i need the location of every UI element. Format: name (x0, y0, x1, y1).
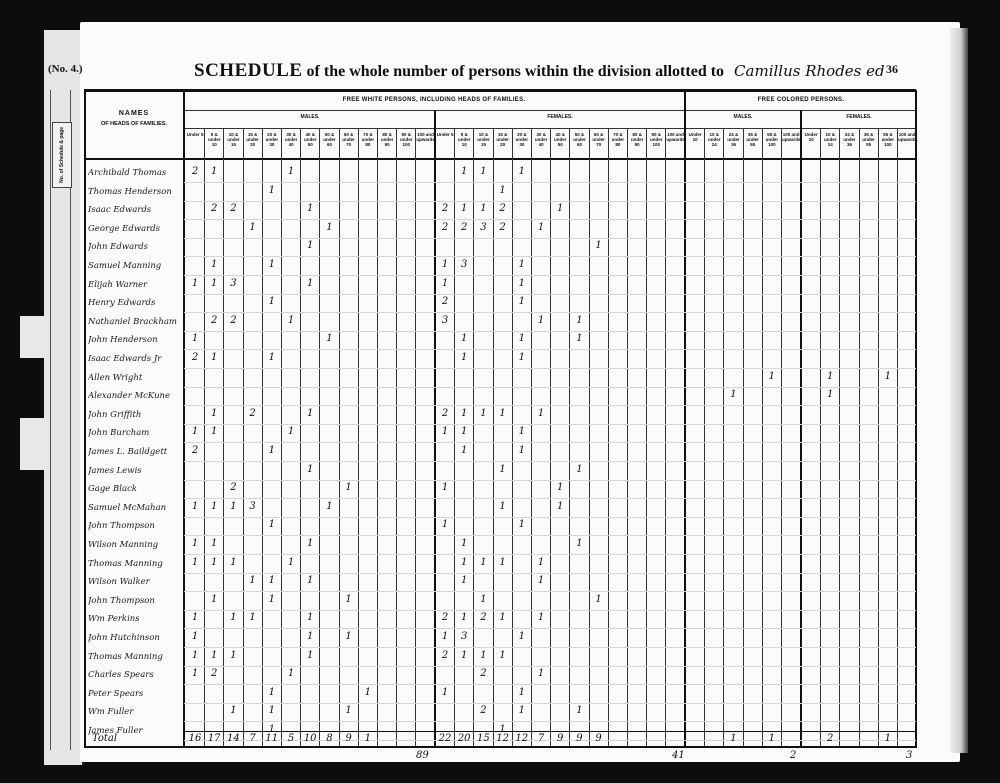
white-male-count: 1 (282, 315, 300, 326)
white-female-count: 1 (551, 203, 569, 214)
white-female-count: 1 (513, 166, 531, 177)
row-rule (184, 647, 916, 648)
column-rule (550, 128, 551, 746)
white-female-count: 1 (494, 185, 512, 196)
white-male-count: 1 (320, 333, 338, 344)
row-rule (184, 703, 916, 704)
header-rule (84, 158, 916, 160)
total-white-male: 1 (359, 733, 377, 744)
white-male-count: 1 (224, 501, 242, 512)
white-female-count: 1 (474, 408, 492, 419)
row-rule (184, 480, 916, 481)
column-rule (839, 128, 840, 746)
colored-male-age-header: 100 and upwards. (782, 129, 800, 157)
white-female-count: 1 (590, 240, 608, 251)
colored-male-age-header: 10 & under 24 (705, 129, 723, 157)
column-rule (820, 128, 821, 746)
white-male-age-header: 10 & under 15 (224, 129, 242, 157)
total-white-female: 7 (532, 733, 550, 744)
white-female-count: 1 (455, 650, 473, 661)
white-male-count: 1 (186, 612, 204, 623)
white-male-count: 2 (186, 166, 204, 177)
total-white-male: 9 (340, 733, 358, 744)
head-of-family-name: Wilson Manning (88, 540, 182, 550)
white-female-count: 1 (474, 203, 492, 214)
white-male-count: 1 (244, 575, 262, 586)
free-white-header: FREE WHITE PERSONS, INCLUDING HEADS OF F… (186, 97, 682, 103)
colored-female-age-header: 10 & under 24 (821, 129, 839, 157)
row-rule (184, 238, 916, 239)
total-white-female: 9 (570, 733, 588, 744)
head-of-family-name: Allen Wright (88, 373, 182, 383)
row-rule (184, 368, 916, 369)
white-male-age-header: 80 & under 90 (378, 129, 396, 157)
white-male-count: 1 (244, 222, 262, 233)
row-rule (184, 628, 916, 629)
row-rule (184, 461, 916, 462)
white-male-count: 1 (301, 650, 319, 661)
white-male-count: 3 (244, 501, 262, 512)
white-male-count: 2 (205, 668, 223, 679)
side-header-text: No. of Schedule & page (59, 127, 65, 183)
white-female-count: 1 (570, 705, 588, 716)
column-rule (608, 128, 609, 746)
white-female-count: 1 (494, 464, 512, 475)
white-male-count: 1 (282, 426, 300, 437)
white-male-count: 1 (263, 259, 281, 270)
white-female-count: 1 (532, 612, 550, 623)
white-male-count: 1 (263, 296, 281, 307)
head-of-family-name: Archibald Thomas (88, 168, 182, 178)
white-male-count: 1 (205, 408, 223, 419)
head-of-family-name: Samuel McMahan (88, 503, 182, 513)
white-female-count: 1 (532, 408, 550, 419)
division-name: Camillus Rhodes ed (734, 62, 885, 80)
white-male-count: 2 (224, 315, 242, 326)
head-of-family-name: James L. Baildgett (88, 447, 182, 457)
white-male-count: 1 (224, 557, 242, 568)
strip-rule (50, 90, 51, 750)
column-rule (358, 128, 359, 746)
page-title: SCHEDULE of the whole number of persons … (194, 60, 885, 82)
white-female-count: 2 (436, 612, 454, 623)
white-male-count: 1 (263, 445, 281, 456)
white-male-count: 1 (263, 687, 281, 698)
white-female-count: 2 (436, 296, 454, 307)
total-white-female: 12 (513, 733, 531, 744)
white-female-count: 1 (455, 333, 473, 344)
white-female-age-header: 80 & under 90 (628, 129, 646, 157)
head-of-family-name: Peter Spears (88, 689, 182, 699)
colored-males-header: MALES. (686, 114, 800, 120)
total-white-female: 15 (474, 733, 492, 744)
total-row-rule (184, 731, 916, 732)
row-rule (184, 684, 916, 685)
white-male-count: 1 (186, 426, 204, 437)
column-rule (665, 128, 666, 746)
white-female-age-header: 5 & under 10 (455, 129, 473, 157)
white-female-count: 1 (532, 557, 550, 568)
white-male-age-header: 15 & under 20 (244, 129, 262, 157)
white-female-count: 2 (436, 408, 454, 419)
binding-strip: No. of Schedule & page (44, 30, 85, 765)
white-male-count: 1 (263, 519, 281, 530)
white-female-age-header: 40 & under 50 (551, 129, 569, 157)
total-white-female: 22 (436, 733, 454, 744)
white-female-count: 1 (436, 482, 454, 493)
white-female-count: 1 (455, 538, 473, 549)
white-male-count: 1 (205, 426, 223, 437)
white-male-count: 1 (205, 557, 223, 568)
head-of-family-name: Thomas Henderson (88, 187, 182, 197)
white-female-count: 1 (513, 445, 531, 456)
head-of-family-name: Thomas Manning (88, 652, 182, 662)
total-white-male: 10 (301, 733, 319, 744)
head-of-family-name: Samuel Manning (88, 261, 182, 271)
head-of-family-name: Wilson Walker (88, 577, 182, 587)
column-rule (627, 128, 628, 746)
white-female-count: 2 (436, 203, 454, 214)
column-rule (646, 128, 647, 746)
names-column-border (183, 90, 185, 748)
head-of-family-name: John Griffith (88, 410, 182, 420)
column-rule (531, 128, 532, 746)
row-rule (184, 349, 916, 350)
column-rule (569, 128, 570, 746)
column-rule (878, 128, 879, 746)
white-female-count: 1 (474, 594, 492, 605)
row-rule (184, 517, 916, 518)
head-of-family-name: Thomas Manning (88, 559, 182, 569)
page-notch (20, 418, 46, 470)
head-of-family-name: John Burcham (88, 428, 182, 438)
white-male-count: 1 (340, 705, 358, 716)
white-male-count: 1 (263, 185, 281, 196)
white-male-count: 1 (186, 631, 204, 642)
white-females-header: FEMALES. (436, 114, 684, 120)
white-male-count: 1 (244, 612, 262, 623)
colored-female-count: 1 (821, 371, 839, 382)
white-female-age-header: 70 & under 80 (609, 129, 627, 157)
total-white-male: 16 (186, 733, 204, 744)
white-female-count: 1 (513, 352, 531, 363)
white-female-count: 3 (436, 315, 454, 326)
row-rule (184, 424, 916, 425)
white-female-count: 1 (474, 166, 492, 177)
white-female-count: 2 (455, 222, 473, 233)
row-rule (184, 498, 916, 499)
title-rest: of the whole number of persons within th… (307, 63, 725, 80)
white-female-count: 1 (513, 705, 531, 716)
white-male-age-header: Under 5 (186, 129, 204, 157)
white-female-count: 3 (455, 259, 473, 270)
colored-female-sum: 3 (906, 750, 912, 761)
white-male-count: 1 (301, 538, 319, 549)
white-female-count: 1 (532, 315, 550, 326)
colored-female-age-header: 36 & under 55 (860, 129, 878, 157)
white-female-count: 1 (532, 668, 550, 679)
white-female-count: 1 (494, 408, 512, 419)
schedule-index-header: No. of Schedule & page (52, 122, 72, 188)
white-female-count: 1 (494, 557, 512, 568)
white-male-count: 2 (224, 203, 242, 214)
white-male-count: 1 (186, 278, 204, 289)
white-female-count: 1 (455, 203, 473, 214)
colored-male-sum: 2 (790, 750, 796, 761)
white-female-count: 1 (455, 166, 473, 177)
white-male-count: 1 (186, 557, 204, 568)
white-female-age-header: 10 & under 15 (474, 129, 492, 157)
white-female-count: 1 (436, 259, 454, 270)
column-rule (704, 128, 705, 746)
colored-female-age-header: Under 10 (802, 129, 820, 157)
column-rule (723, 128, 724, 746)
page-edge (950, 28, 968, 753)
head-of-family-name: Charles Spears (88, 670, 182, 680)
total-white-female: 12 (494, 733, 512, 744)
total-white-female: 9 (590, 733, 608, 744)
white-female-age-header: 100 and upwards. (666, 129, 684, 157)
strip-rule (70, 90, 71, 750)
row-rule (184, 666, 916, 667)
white-male-count: 1 (301, 408, 319, 419)
white-male-count: 1 (186, 333, 204, 344)
white-female-count: 1 (436, 519, 454, 530)
white-female-count: 1 (513, 631, 531, 642)
white-male-age-header: 5 & under 10 (205, 129, 223, 157)
white-male-count: 1 (282, 557, 300, 568)
white-male-count: 1 (263, 594, 281, 605)
total-white-female: 20 (455, 733, 473, 744)
white-female-count: 1 (513, 426, 531, 437)
table-border (84, 90, 86, 748)
colored-male-age-header: 24 & under 36 (724, 129, 742, 157)
column-rule (262, 128, 263, 746)
head-of-family-name: John Henderson (88, 335, 182, 345)
colored-female-count: 1 (821, 389, 839, 400)
white-male-count: 1 (263, 575, 281, 586)
head-of-family-name: John Thompson (88, 596, 182, 606)
white-male-count: 1 (320, 222, 338, 233)
row-rule (184, 573, 916, 574)
white-female-count: 2 (474, 612, 492, 623)
white-male-count: 1 (359, 687, 377, 698)
white-female-count: 1 (570, 538, 588, 549)
white-male-age-header: 30 & under 40 (282, 129, 300, 157)
white-male-age-header: 90 & under 100 (397, 129, 415, 157)
white-male-count: 1 (205, 259, 223, 270)
colored-male-age-header: 55 & under 100 (763, 129, 781, 157)
white-female-count: 1 (570, 315, 588, 326)
white-male-age-header: 70 & under 80 (359, 129, 377, 157)
total-label: Total (92, 733, 117, 744)
head-of-family-name: Gage Black (88, 484, 182, 494)
white-male-count: 2 (205, 315, 223, 326)
white-female-count: 1 (474, 557, 492, 568)
head-of-family-name: Henry Edwards (88, 298, 182, 308)
white-female-count: 2 (494, 222, 512, 233)
white-male-count: 1 (205, 650, 223, 661)
head-of-family-name: Elijah Warner (88, 280, 182, 290)
white-female-count: 1 (513, 687, 531, 698)
table-border (915, 90, 917, 748)
white-female-count: 1 (455, 557, 473, 568)
column-rule (415, 128, 416, 746)
row-rule (184, 256, 916, 257)
white-male-count: 2 (224, 482, 242, 493)
white-male-age-header: 60 & under 70 (340, 129, 358, 157)
names-column-header: NAMES OF HEADS OF FAMILIES. (86, 110, 182, 127)
head-of-family-name: John Thompson (88, 521, 182, 531)
white-female-count: 1 (570, 333, 588, 344)
row-rule (184, 554, 916, 555)
header-rule (84, 89, 916, 92)
column-rule (762, 128, 763, 746)
row-rule (184, 405, 916, 406)
white-male-count: 1 (301, 203, 319, 214)
column-rule (589, 128, 590, 746)
row-rule (184, 610, 916, 611)
colored-male-age-header: 36 & under 55 (744, 129, 762, 157)
white-female-count: 1 (436, 687, 454, 698)
white-female-count: 1 (494, 501, 512, 512)
white-males-header: MALES. (186, 114, 434, 120)
total-colored-male: 1 (763, 733, 781, 744)
white-female-count: 2 (436, 222, 454, 233)
white-female-age-header: 90 & under 100 (647, 129, 665, 157)
white-female-count: 1 (494, 650, 512, 661)
total-white-male: 7 (244, 733, 262, 744)
colored-females-header: FEMALES. (802, 114, 916, 120)
white-female-count: 1 (436, 278, 454, 289)
total-white-male: 11 (263, 733, 281, 744)
white-male-count: 1 (205, 501, 223, 512)
free-colored-header: FREE COLORED PERSONS. (686, 97, 916, 103)
total-white-female: 9 (551, 733, 569, 744)
white-female-count: 1 (436, 426, 454, 437)
head-of-family-name: James Lewis (88, 466, 182, 476)
white-female-count: 1 (532, 575, 550, 586)
head-of-family-name: Isaac Edwards Jr (88, 354, 182, 364)
white-male-count: 2 (186, 445, 204, 456)
head-of-family-name: Wm Fuller (88, 707, 182, 717)
white-male-count: 1 (301, 240, 319, 251)
row-rule (184, 201, 916, 202)
white-male-age-header: 50 & under 60 (320, 129, 338, 157)
white-male-count: 1 (224, 705, 242, 716)
row-rule (184, 721, 916, 722)
white-female-sum: 41 (672, 750, 685, 761)
colored-female-count: 1 (879, 371, 897, 382)
white-male-count: 1 (301, 278, 319, 289)
names-header-sub: OF HEADS OF FAMILIES. (86, 121, 182, 127)
white-male-count: 1 (186, 650, 204, 661)
head-of-family-name: Alexander McKune (88, 391, 182, 401)
row-rule (184, 591, 916, 592)
column-rule (859, 128, 860, 746)
white-male-count: 1 (205, 594, 223, 605)
white-female-count: 2 (494, 203, 512, 214)
group-divider (800, 110, 802, 746)
white-female-age-header: 30 & under 40 (532, 129, 550, 157)
white-female-count: 2 (474, 705, 492, 716)
table-bottom-rule (84, 746, 916, 748)
head-of-family-name: John Edwards (88, 242, 182, 252)
page-number: 36 (886, 62, 898, 77)
white-female-count: 1 (455, 612, 473, 623)
row-rule (184, 331, 916, 332)
schedule-number: (No. 4.) (48, 63, 83, 75)
white-female-count: 1 (513, 333, 531, 344)
total-colored-male: 1 (724, 733, 742, 744)
white-female-count: 3 (474, 222, 492, 233)
white-male-count: 2 (244, 408, 262, 419)
white-female-count: 1 (532, 222, 550, 233)
white-female-count: 2 (436, 650, 454, 661)
white-male-count: 1 (282, 166, 300, 177)
white-male-count: 3 (224, 278, 242, 289)
white-female-count: 1 (455, 445, 473, 456)
white-female-count: 1 (513, 519, 531, 530)
white-female-count: 1 (436, 631, 454, 642)
column-rule (743, 128, 744, 746)
white-male-count: 1 (205, 538, 223, 549)
white-male-count: 1 (205, 352, 223, 363)
white-male-age-header: 20 & under 30 (263, 129, 281, 157)
title-bold: SCHEDULE (194, 60, 303, 81)
total-white-male: 5 (282, 733, 300, 744)
white-male-count: 1 (282, 668, 300, 679)
white-male-count: 1 (301, 575, 319, 586)
white-male-count: 1 (340, 482, 358, 493)
head-of-family-name: Nathaniel Brackham (88, 317, 182, 327)
colored-female-age-header: 24 & under 36 (840, 129, 858, 157)
white-female-count: 3 (455, 631, 473, 642)
row-rule (184, 387, 916, 388)
white-male-count: 1 (263, 705, 281, 716)
head-of-family-name: Wm Perkins (88, 614, 182, 624)
white-female-count: 1 (494, 612, 512, 623)
white-female-count: 1 (513, 278, 531, 289)
total-colored-female: 2 (821, 733, 839, 744)
column-rule (781, 128, 782, 746)
row-rule (184, 182, 916, 183)
white-male-count: 1 (186, 538, 204, 549)
white-male-count: 1 (340, 631, 358, 642)
colored-female-age-header: 100 and upwards. (898, 129, 916, 157)
white-male-sum: 89 (416, 750, 429, 761)
head-of-family-name: Isaac Edwards (88, 205, 182, 215)
white-male-count: 1 (205, 166, 223, 177)
white-male-count: 1 (205, 278, 223, 289)
white-male-count: 1 (301, 631, 319, 642)
colored-male-count: 1 (724, 389, 742, 400)
column-rule (243, 128, 244, 746)
white-male-age-header: 100 and upwards. (416, 129, 434, 157)
white-female-count: 1 (455, 426, 473, 437)
white-female-age-header: 15 & under 20 (494, 129, 512, 157)
head-of-family-name: George Edwards (88, 224, 182, 234)
colored-female-age-header: 55 & under 100 (879, 129, 897, 157)
white-female-count: 1 (590, 594, 608, 605)
white-female-count: 1 (570, 464, 588, 475)
white-male-count: 2 (186, 352, 204, 363)
white-female-count: 2 (474, 668, 492, 679)
white-male-count: 1 (301, 464, 319, 475)
white-male-count: 1 (224, 650, 242, 661)
column-rule (396, 128, 397, 746)
names-header-label: NAMES (86, 110, 182, 117)
